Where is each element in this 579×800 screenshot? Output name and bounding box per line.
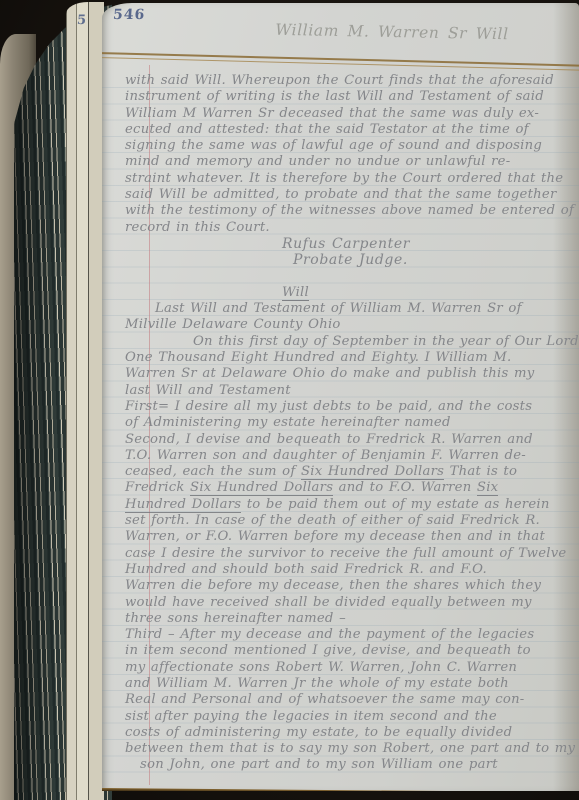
handwritten-line: signing the same was of lawful age of so… (125, 138, 566, 154)
handwritten-line: record in this Court. (125, 220, 566, 236)
running-header-title: William M. Warren Sr Will (222, 20, 562, 45)
ledger-book-photo: 5 546 William M. Warren Sr Will with sai… (0, 0, 579, 800)
handwritten-line: Warren die before my decease, then the s… (125, 578, 566, 594)
handwritten-line: would have received shall be divided equ… (125, 595, 566, 611)
handwritten-line: Real and Personal and of whatsoever the … (125, 692, 566, 708)
handwritten-line: One Thousand Eight Hundred and Eighty. I… (125, 350, 566, 366)
handwritten-line: First= I desire all my just debts to be … (125, 399, 566, 415)
handwritten-line: costs of administering my estate, to be … (125, 725, 566, 741)
handwritten-line: instrument of writing is the last Will a… (125, 89, 566, 105)
handwritten-line: Hundred and should both said Fredrick R.… (125, 562, 566, 578)
handwritten-line: Milville Delaware County Ohio (125, 317, 566, 333)
underlying-page-number: 5 (76, 13, 86, 28)
handwritten-line: Probate Judge. (125, 252, 566, 268)
handwritten-line: said Will be admitted, to probate and th… (125, 187, 566, 203)
handwritten-line: Fredrick Six Hundred Dollars and to F.O.… (125, 480, 566, 496)
handwritten-line: straint whatever. It is therefore by the… (125, 171, 566, 187)
handwritten-line: son John, one part and to my son William… (125, 757, 566, 773)
handwritten-line: Second, I devise and bequeath to Fredric… (125, 432, 566, 448)
handwritten-line: William M Warren Sr deceased that the sa… (125, 106, 566, 122)
handwritten-line: three sons hereinafter named – (125, 611, 566, 627)
underlying-page-edge: 5 (66, 2, 104, 800)
handwritten-line: in item second mentioned I give, devise,… (125, 643, 566, 659)
handwritten-body: with said Will. Whereupon the Court find… (125, 73, 566, 774)
handwritten-line: Will (125, 285, 566, 301)
handwritten-line: ecuted and attested: that the said Testa… (125, 122, 566, 138)
ledger-page: 546 William M. Warren Sr Will with said … (102, 3, 579, 791)
handwritten-line: Warren, or F.O. Warren before my decease… (125, 529, 566, 545)
handwritten-line: Rufus Carpenter (125, 236, 566, 252)
handwritten-line: ceased, each the sum of Six Hundred Doll… (125, 464, 566, 480)
handwritten-line: sist after paying the legacies in item s… (125, 709, 566, 725)
handwritten-line: with said Will. Whereupon the Court find… (125, 73, 566, 89)
handwritten-line: my affectionate sons Robert W. Warren, J… (125, 660, 566, 676)
handwritten-line: mind and memory and under no undue or un… (125, 154, 566, 170)
handwritten-line: Third – After my decease and the payment… (125, 627, 566, 643)
handwritten-line: set forth. In case of the death of eithe… (125, 513, 566, 529)
handwritten-line: and William M. Warren Jr the whole of my… (125, 676, 566, 692)
handwritten-line: T.O. Warren son and daughter of Benjamin… (125, 448, 566, 464)
handwritten-line: between them that is to say my son Rober… (125, 741, 566, 757)
handwritten-line: Warren Sr at Delaware Ohio do make and p… (125, 366, 566, 382)
handwritten-line: Last Will and Testament of William M. Wa… (125, 301, 566, 317)
handwritten-line: of Administering my estate hereinafter n… (125, 415, 566, 431)
page-number: 546 (112, 7, 145, 23)
handwritten-line: last Will and Testament (125, 383, 566, 399)
handwritten-line: Hundred Dollars to be paid them out of m… (125, 497, 566, 513)
handwritten-line: case I desire the survivor to receive th… (125, 546, 566, 562)
handwritten-line: On this first day of September in the ye… (125, 334, 566, 350)
handwritten-line: with the testimony of the witnesses abov… (125, 203, 566, 219)
